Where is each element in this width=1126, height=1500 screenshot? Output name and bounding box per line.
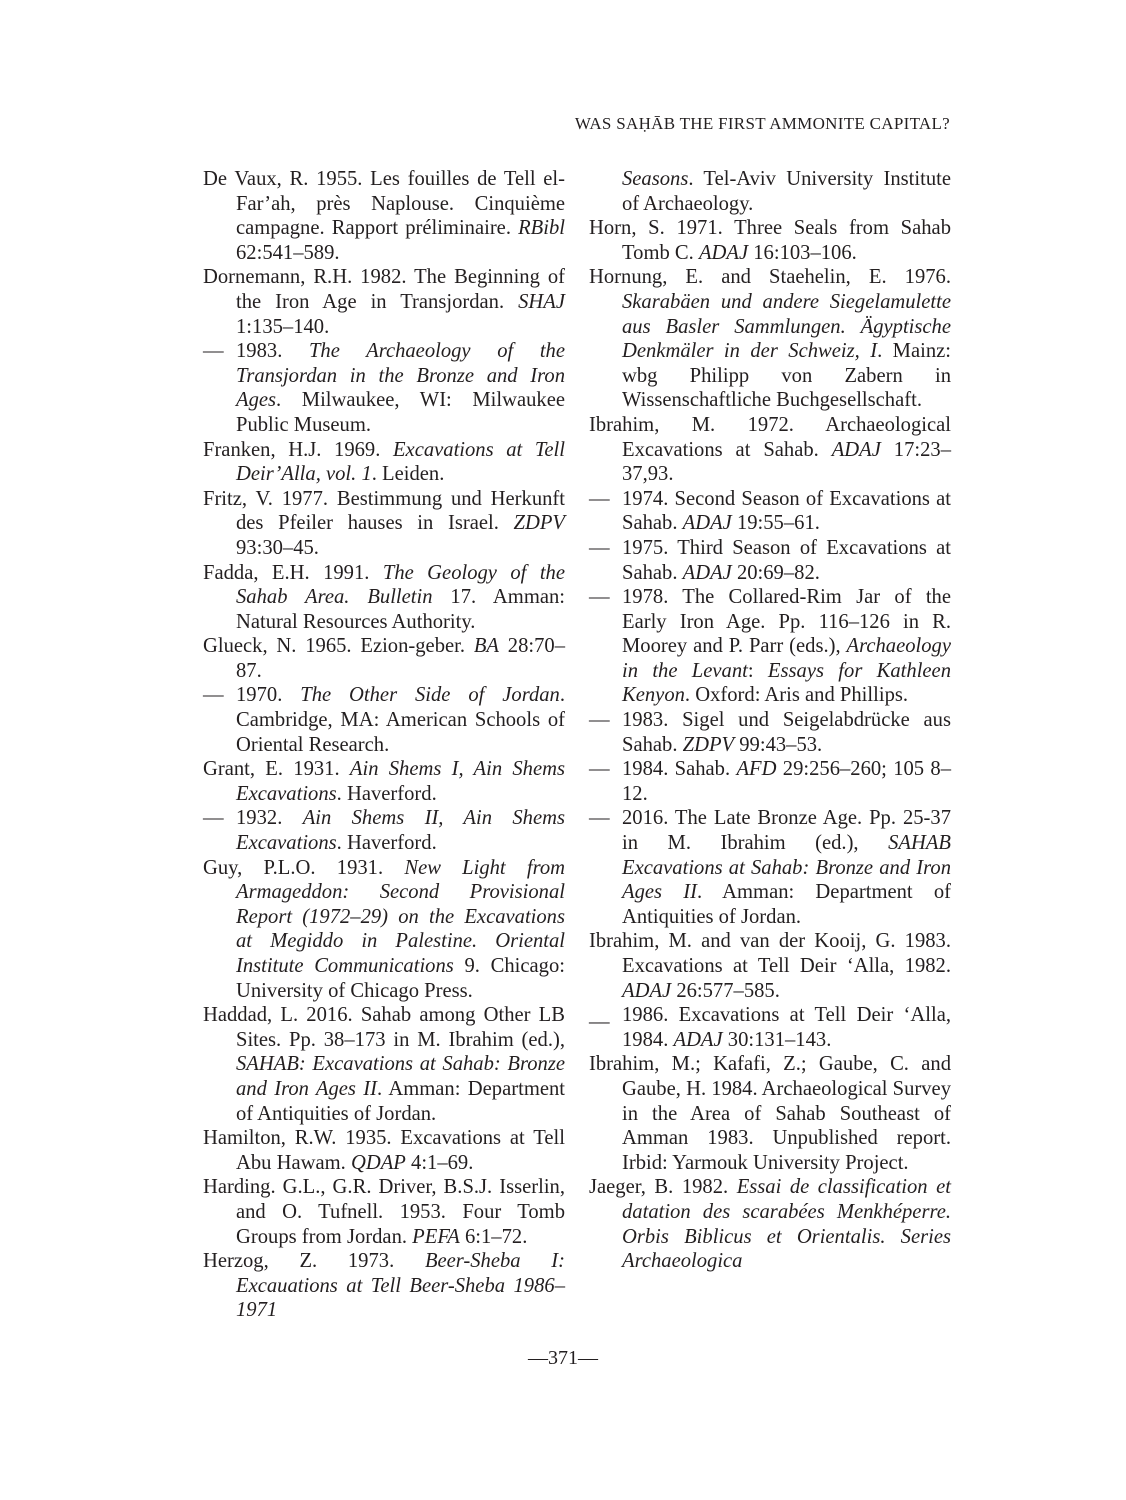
entry-text: Ibrahim, M. and van der Kooij, G. 1983. …: [589, 930, 951, 977]
italic-title: ADAJ: [832, 439, 881, 461]
bibliography-entry: —1970. The Other Side of Jordan. Cambrid…: [203, 683, 565, 757]
italic-title: ZDPV: [514, 512, 565, 534]
ditto-dash: —: [589, 806, 622, 831]
ditto-dash: —: [203, 339, 236, 364]
italic-title: RBibl: [518, 217, 565, 239]
bibliography-entry: Hornung, E. and Staehelin, E. 1976. Skar…: [589, 265, 951, 413]
running-title: WAS SAḤĀB THE FIRST AMMONITE CAPITAL?: [575, 114, 950, 134]
bibliography-entry: Jaeger, B. 1982. Essai de classification…: [589, 1175, 951, 1273]
entry-text: Ibrahim, M.; Kafafi, Z.; Gaube, C. and G…: [589, 1053, 951, 1173]
bibliography-entry: Horn, S. 1971. Three Seals from Sahab To…: [589, 216, 951, 265]
italic-title: ADAJ: [673, 1029, 722, 1051]
entry-text: Franken, H.J. 1969.: [203, 439, 393, 461]
bibliography-entry: Dornemann, R.H. 1982. The Beginning of t…: [203, 265, 565, 339]
bibliography-column-left: De Vaux, R. 1955. Les fouilles de Tell e…: [203, 167, 565, 1323]
bibliography-entry: Seasons. Tel-Aviv University Institute o…: [589, 167, 951, 216]
italic-title: ADAJ: [683, 562, 732, 584]
bibliography-entry: —1983. The Archaeology of the Transjorda…: [203, 339, 565, 437]
bibliography-entry: Guy, P.L.O. 1931. New Light from Armaged…: [203, 856, 565, 1004]
italic-title: ADAJ: [699, 242, 748, 264]
bibliography-entry: Ibrahim, M. and van der Kooij, G. 1983. …: [589, 929, 951, 1003]
entry-text: Hornung, E. and Staehelin, E. 1976.: [589, 266, 951, 288]
entry-text: 1:135–140.: [236, 316, 329, 338]
entry-text: 6:1–72.: [460, 1226, 528, 1248]
page-number: —371—: [0, 1347, 1126, 1370]
entry-text: 1984. Sahab.: [622, 758, 736, 780]
entry-text: 1983.: [236, 340, 309, 362]
entry-text: De Vaux, R. 1955. Les fouilles de Tell e…: [203, 168, 565, 239]
entry-text: Jaeger, B. 1982.: [589, 1176, 737, 1198]
ditto-dash: —: [203, 806, 236, 831]
bibliography-entry: —1984. Sahab. AFD 29:256–260; 105 8–12.: [589, 757, 951, 806]
italic-title: The Other Side of Jordan: [300, 684, 560, 706]
entry-text: . Oxford: Aris and Phillips.: [685, 684, 908, 706]
bibliography-entry: —2016. The Late Bronze Age. Pp. 25-37 in…: [589, 806, 951, 929]
italic-title: SHAJ: [518, 291, 565, 313]
entry-text: 99:43–53.: [734, 734, 822, 756]
bibliography-entry: Grant, E. 1931. Ain Shems I, Ain Shems E…: [203, 757, 565, 806]
bibliography-entry: Franken, H.J. 1969. Excavations at Tell …: [203, 438, 565, 487]
entry-text: 30:131–143.: [723, 1029, 832, 1051]
italic-title: PEFA: [412, 1226, 460, 1248]
entry-text: Guy, P.L.O. 1931.: [203, 857, 404, 879]
ditto-dash: —: [203, 683, 236, 708]
entry-text: . Haverford.: [337, 832, 437, 854]
entry-text: :: [748, 660, 768, 682]
bibliography-entry: Fritz, V. 1977. Bestimmung und Herkunft …: [203, 487, 565, 561]
entry-text: Haddad, L. 2016. Sahab among Other LB Si…: [203, 1004, 565, 1051]
entry-text: Grant, E. 1931.: [203, 758, 350, 780]
entry-text: . Milwaukee, WI: Milwaukee Public Museum…: [236, 389, 565, 436]
bibliography-entry: Herzog, Z. 1973. Beer-Sheba I: Excauatio…: [203, 1249, 565, 1323]
entry-text: 1932.: [236, 807, 303, 829]
ditto-dash: —: [589, 536, 622, 561]
bibliography-entry: Harding. G.L., G.R. Driver, B.S.J. Isser…: [203, 1175, 565, 1249]
entry-text: . Haverford.: [337, 783, 437, 805]
bibliography-entry: —1974. Second Season of Excavations at S…: [589, 487, 951, 536]
entry-text: Fadda, E.H. 1991.: [203, 562, 383, 584]
italic-title: ZDPV: [683, 734, 734, 756]
bibliography-entry: —1932. Ain Shems II, Ain Shems Excavatio…: [203, 806, 565, 855]
bibliography-entry: Haddad, L. 2016. Sahab among Other LB Si…: [203, 1003, 565, 1126]
bibliography-entry: Ibrahim, M.; Kafafi, Z.; Gaube, C. and G…: [589, 1052, 951, 1175]
ditto-dash: —: [589, 708, 622, 733]
bibliography-entry: Fadda, E.H. 1991. The Geology of the Sah…: [203, 561, 565, 635]
ditto-dash: __: [589, 1003, 622, 1028]
ditto-dash: —: [589, 585, 622, 610]
bibliography-entry: —1975. Third Season of Excavations at Sa…: [589, 536, 951, 585]
entry-text: Herzog, Z. 1973.: [203, 1250, 425, 1272]
entry-text: 26:577–585.: [671, 980, 780, 1002]
bibliography-entry: __1986. Excavations at Tell Deir ‘Alla, …: [589, 1003, 951, 1052]
entry-text: Dornemann, R.H. 1982. The Beginning of t…: [203, 266, 565, 313]
entry-text: 1970.: [236, 684, 300, 706]
italic-title: QDAP: [351, 1152, 406, 1174]
bibliography-entry: Glueck, N. 1965. Ezion-geber. BA 28:70–8…: [203, 634, 565, 683]
italic-title: ADAJ: [683, 512, 732, 534]
italic-title: ADAJ: [622, 980, 671, 1002]
entry-text: 62:541–589.: [236, 242, 340, 264]
bibliography-entry: Hamilton, R.W. 1935. Excavations at Tell…: [203, 1126, 565, 1175]
bibliography-entry: —1983. Sigel und Seigelabdrücke aus Saha…: [589, 708, 951, 757]
bibliography-entry: —1978. The Collared-Rim Jar of the Early…: [589, 585, 951, 708]
entry-text: Glueck, N. 1965. Ezion-geber.: [203, 635, 474, 657]
ditto-dash: —: [589, 757, 622, 782]
italic-title: Seasons: [622, 168, 688, 190]
entry-text: Fritz, V. 1977. Bestimmung und Herkunft …: [203, 488, 565, 535]
bibliography-entry: De Vaux, R. 1955. Les fouilles de Tell e…: [203, 167, 565, 265]
italic-title: AFD: [736, 758, 776, 780]
bibliography-column-right: Seasons. Tel-Aviv University Institute o…: [589, 167, 951, 1274]
entry-text: 20:69–82.: [732, 562, 820, 584]
ditto-dash: —: [589, 487, 622, 512]
entry-text: . Leiden.: [372, 463, 445, 485]
entry-text: 93:30–45.: [236, 537, 319, 559]
entry-text: 4:1–69.: [406, 1152, 474, 1174]
bibliography-entry: Ibrahim, M. 1972. Archaeological Excavat…: [589, 413, 951, 487]
italic-title: BA: [474, 635, 499, 657]
entry-text: 19:55–61.: [732, 512, 820, 534]
entry-text: 16:103–106.: [748, 242, 857, 264]
